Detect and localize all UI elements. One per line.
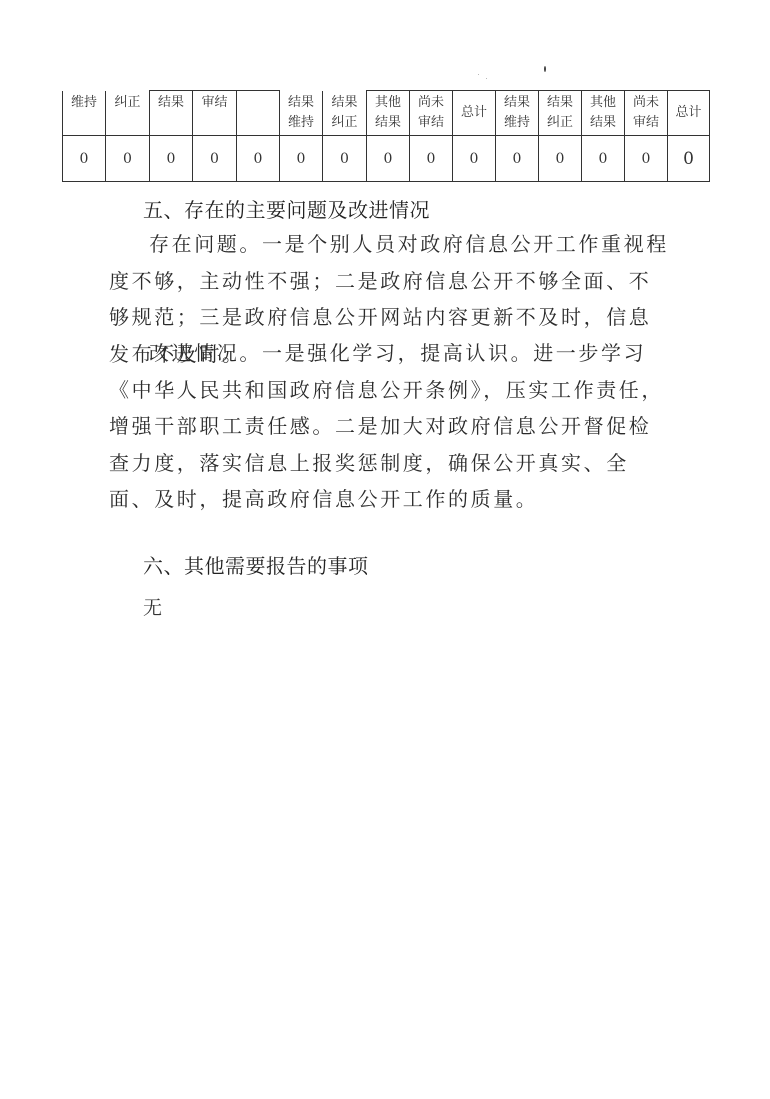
header-cell: 纠正 <box>106 91 150 136</box>
header-cell: 其他结果 <box>582 91 625 136</box>
header-cell: 结果 <box>150 91 193 136</box>
results-table: 维持 纠正 结果 审结 结果维持 结果纠正 其他结果 尚未审结 总计 结果维持 … <box>62 90 710 182</box>
table-cell: 0 <box>453 136 496 182</box>
table-cell: 0 <box>625 136 668 182</box>
header-cell: 维持 <box>63 91 106 136</box>
header-cell: 尚未审结 <box>625 91 668 136</box>
header-cell: 结果纠正 <box>323 91 367 136</box>
section-5-heading: 五、存在的主要问题及改进情况 <box>143 194 430 223</box>
table-cell: 0 <box>106 136 150 182</box>
table-cell: 0 <box>410 136 453 182</box>
table-cell: 0 <box>582 136 625 182</box>
scan-speck <box>486 78 487 79</box>
scan-speck <box>478 74 479 75</box>
table-cell: 0 <box>63 136 106 182</box>
header-cell: 其他结果 <box>367 91 410 136</box>
header-cell: 总计 <box>453 91 496 136</box>
header-cell: 结果维持 <box>280 91 323 136</box>
table-cell: 0 <box>237 136 280 182</box>
header-cell: 结果纠正 <box>539 91 582 136</box>
improvements-paragraph: 改进情况。一是强化学习，提高认识。进一步学习《中华人民共和国政府信息公开条例》，… <box>109 335 669 518</box>
document-page: 维持 纠正 结果 审结 结果维持 结果纠正 其他结果 尚未审结 总计 结果维持 … <box>0 0 770 1099</box>
table-cell: 0 <box>367 136 410 182</box>
table-cell: 0 <box>150 136 193 182</box>
table-cell: 0 <box>323 136 367 182</box>
scan-speck <box>544 66 546 72</box>
header-cell: 总计 <box>668 91 710 136</box>
table-cell: 0 <box>539 136 582 182</box>
header-cell: 尚未审结 <box>410 91 453 136</box>
table-cell: 0 <box>280 136 323 182</box>
header-cell <box>237 91 280 136</box>
table-cell: 0 <box>668 136 710 182</box>
section-6-content: 无 <box>143 593 162 620</box>
table-row: 0 0 0 0 0 0 0 0 0 0 0 0 0 0 0 <box>63 136 710 182</box>
header-cell: 审结 <box>193 91 237 136</box>
table-cell: 0 <box>496 136 539 182</box>
table-header-row: 维持 纠正 结果 审结 结果维持 结果纠正 其他结果 尚未审结 总计 结果维持 … <box>63 91 710 136</box>
table-cell: 0 <box>193 136 237 182</box>
section-6-heading: 六、其他需要报告的事项 <box>143 550 369 579</box>
header-cell: 结果维持 <box>496 91 539 136</box>
